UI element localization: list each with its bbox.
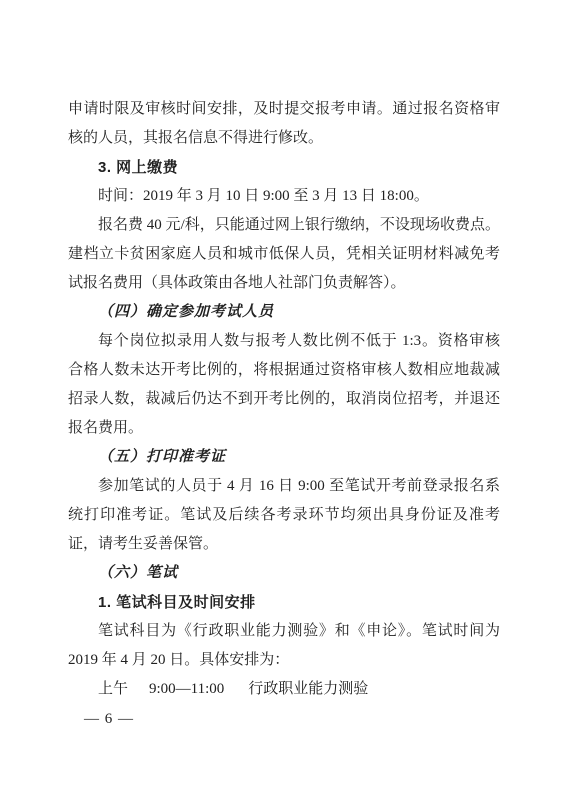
body-line: 申请时限及审核时间安排，及时提交报考申请。通过报名资格审 xyxy=(68,95,500,124)
body-line: 建档立卡贫困家庭人员和城市低保人员，凭相关证明材料减免考 xyxy=(68,240,500,269)
schedule-time: 9:00—11:00 xyxy=(149,681,224,697)
document-page: 申请时限及审核时间安排，及时提交报考申请。通过报名资格审 核的人员，其报名信息不… xyxy=(0,0,565,800)
heading-online-payment: 3. 网上缴费 xyxy=(68,153,500,182)
body-line: 2019 年 4 月 20 日。具体安排为： xyxy=(68,646,500,675)
page-footer: — 6 — xyxy=(84,711,134,728)
page-number: — 6 — xyxy=(84,711,134,727)
body-line: 合格人数未达开考比例的，将根据通过资格审核人数相应地裁减 xyxy=(68,356,500,385)
body-line: 报名费 40 元/科，只能通过网上银行缴纳，不设现场收费点。 xyxy=(68,211,500,240)
exam-schedule-row: 上午9:00—11:00行政职业能力测验 xyxy=(68,675,500,704)
heading-section-6-written-exam: （六）笔试 xyxy=(68,559,500,588)
body-line: 报名费用。 xyxy=(68,414,500,443)
body-line: 参加笔试的人员于 4 月 16 日 9:00 至笔试开考前登录报名系 xyxy=(68,472,500,501)
schedule-subject: 行政职业能力测验 xyxy=(248,681,368,697)
body-line: 试报名费用（具体政策由各地人社部门负责解答）。 xyxy=(68,269,500,298)
body-line: 时间：2019 年 3 月 10 日 9:00 至 3 月 13 日 18:00… xyxy=(68,182,500,211)
body-line: 每个岗位拟录用人数与报考人数比例不低于 1:3。资格审核 xyxy=(68,327,500,356)
document-body: 申请时限及审核时间安排，及时提交报考申请。通过报名资格审 核的人员，其报名信息不… xyxy=(68,95,500,704)
body-line: 统打印准考证。笔试及后续各考录环节均须出具身份证及准考 xyxy=(68,501,500,530)
body-line: 证，请考生妥善保管。 xyxy=(68,530,500,559)
body-line: 核的人员，其报名信息不得进行修改。 xyxy=(68,124,500,153)
heading-section-5-print-admission-ticket: （五）打印准考证 xyxy=(68,443,500,472)
schedule-session: 上午 xyxy=(98,681,128,697)
heading-written-exam-subjects-schedule: 1. 笔试科目及时间安排 xyxy=(68,588,500,617)
body-line: 招录人数，裁减后仍达不到开考比例的，取消岗位招考，并退还 xyxy=(68,385,500,414)
body-line: 笔试科目为《行政职业能力测验》和《申论》。笔试时间为 xyxy=(68,617,500,646)
heading-section-4-confirm-candidates: （四）确定参加考试人员 xyxy=(68,298,500,327)
